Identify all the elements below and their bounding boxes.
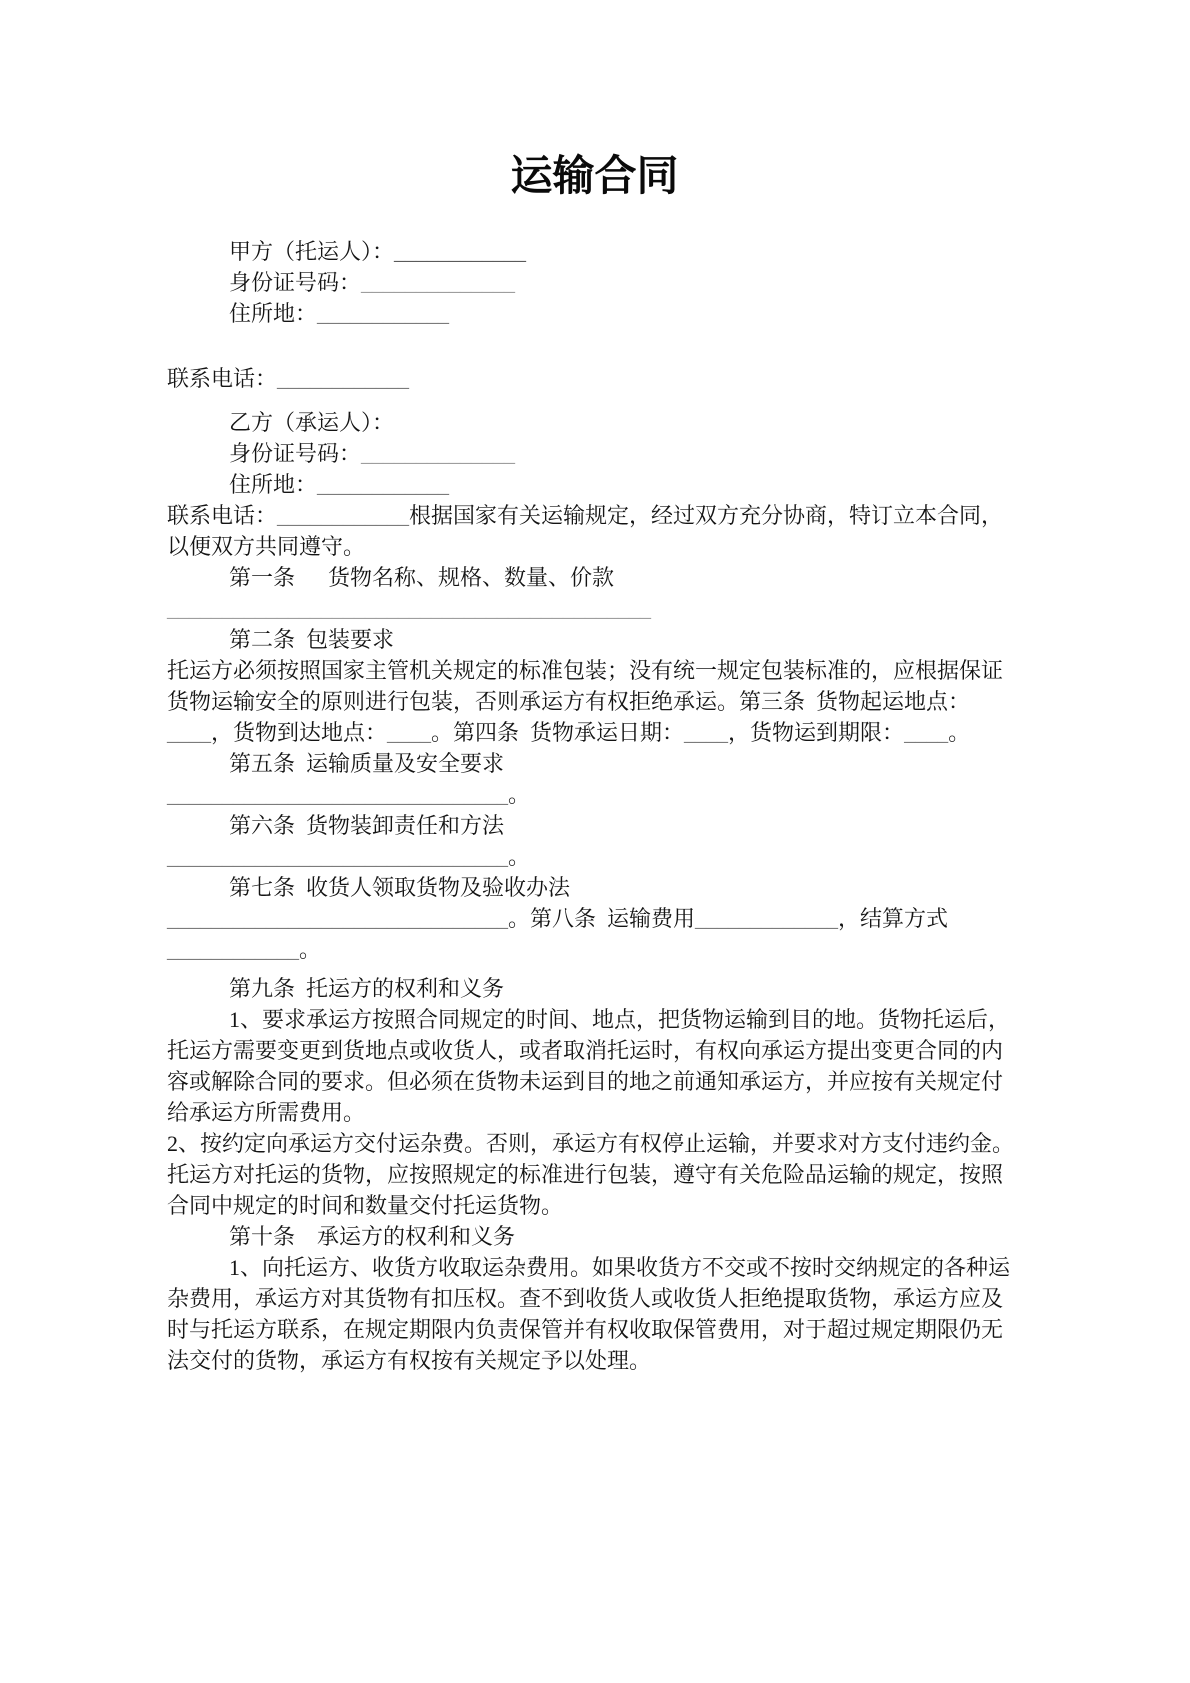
clause-10-item-1: 1、向托运方、收货方收取运杂费用。如果收货方不交或不按时交纳规定的各种运杂费用，… [167,1252,1022,1376]
clause-3-blank-origin: ____ [167,720,211,745]
clause-5-end: 。 [508,782,530,807]
party-b-address-label: 住所地： [229,472,317,497]
clause-4-end: 。 [948,720,970,745]
clause-3-label: 第三条 货物起运地点： [739,689,970,714]
clause-10-heading: 第十条 承运方的权利和义务 [167,1221,1022,1252]
clause-6-answer-line: _______________________________。 [167,841,1022,872]
clause-3-end: 。 [431,720,453,745]
clause-8-label: 第八条 运输费用 [530,906,695,931]
clause-4-blank-date: ____ [684,720,728,745]
clause-9-item-2: 2、按约定向承运方交付运杂费。否则，承运方有权停止运输，并要求对方支付违约金。托… [167,1128,1022,1221]
clause-5-blank: _______________________________ [167,782,508,807]
clause-2-heading: 第二条 包装要求 [167,624,1022,655]
party-a-phone-blank: ____________ [277,366,409,391]
party-b-id-label: 身份证号码： [229,441,361,466]
clause-5-answer-line: _______________________________。 [167,779,1022,810]
clause-3-mid: ，货物到达地点： [211,720,387,745]
party-b-name-label: 乙方（承运人）： [229,410,394,435]
party-b-address-blank: ____________ [317,472,449,497]
clause-7-8-paragraph: _______________________________。第八条 运输费用… [167,903,1022,965]
clause-8-end: 。 [299,937,321,962]
clause-7-blank: _______________________________ [167,906,508,931]
clause-9-item-1: 1、要求承运方按照合同规定的时间、地点，把货物运输到目的地。货物托运后，托运方需… [167,1004,1022,1128]
party-a-address-label: 住所地： [229,301,317,326]
party-b-address-line: 住所地：____________ [167,469,1022,500]
clause-6-heading: 第六条 货物装卸责任和方法 [167,810,1022,841]
clause-7-end: 。 [508,906,530,931]
clause-8-settle-blank: ____________ [167,937,299,962]
clause-4-blank-deadline: ____ [904,720,948,745]
document-content: 运输合同 甲方（托运人）：____________ 身份证号码：________… [0,0,1190,1376]
document-page: 运输合同 甲方（托运人）：____________ 身份证号码：________… [0,0,1190,1683]
party-a-name-label: 甲方（托运人）： [229,239,394,264]
party-a-phone-line: 联系电话：____________ [167,363,1022,394]
party-a-address-blank: ____________ [317,301,449,326]
clause-6-blank: _______________________________ [167,844,508,869]
clause-4-label: 第四条 货物承运日期： [453,720,684,745]
intro-paragraph: 联系电话：____________根据国家有关运输规定，经过双方充分协商，特订立… [167,500,1022,562]
party-a-name-line: 甲方（托运人）：____________ [167,236,1022,267]
party-a-name-blank: ____________ [394,239,526,264]
clause-1-blank-line: ________________________________________… [167,593,1022,624]
clause-1-heading: 第一条 货物名称、规格、数量、价款 [167,562,1022,593]
party-a-phone-label: 联系电话： [167,366,277,391]
party-a-id-label: 身份证号码： [229,270,361,295]
party-a-address-line: 住所地：____________ [167,298,1022,329]
document-title: 运输合同 [167,148,1022,206]
clause-2-3-4-paragraph: 托运方必须按照国家主管机关规定的标准包装；没有统一规定包装标准的，应根据保证货物… [167,655,1022,748]
party-b-id-blank: ______________ [361,441,515,466]
clause-5-heading: 第五条 运输质量及安全要求 [167,748,1022,779]
party-b-name-line: 乙方（承运人）： [167,407,1022,438]
party-b-phone-blank: ____________ [277,503,409,528]
clause-1-blank: ________________________________________… [167,596,651,621]
clause-4-mid: ，货物运到期限： [728,720,904,745]
party-a-id-blank: ______________ [361,270,515,295]
clause-3-blank-destination: ____ [387,720,431,745]
clause-8-mid: ，结算方式 [838,906,948,931]
clause-6-end: 。 [508,844,530,869]
party-b-id-line: 身份证号码：______________ [167,438,1022,469]
clause-7-heading: 第七条 收货人领取货物及验收办法 [167,872,1022,903]
party-a-id-line: 身份证号码：______________ [167,267,1022,298]
clause-8-fee-blank: _____________ [695,906,838,931]
clause-9-heading: 第九条 托运方的权利和义务 [167,973,1022,1004]
party-b-phone-label: 联系电话： [167,503,277,528]
